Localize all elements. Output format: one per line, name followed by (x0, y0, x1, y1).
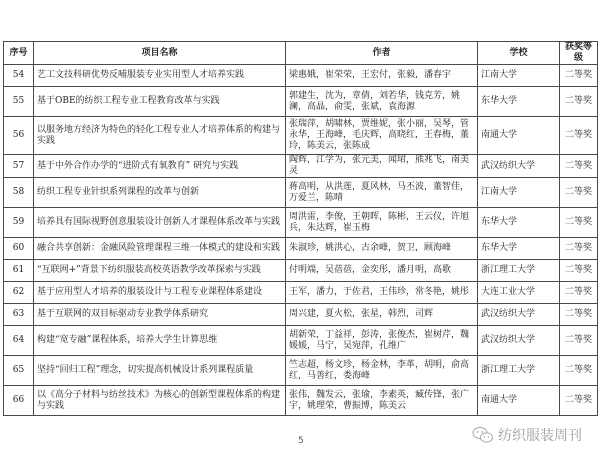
row-authors: 朱淑珍，姚洪心，古余峰，贺卫，顾海峰 (286, 238, 478, 260)
table-row: 55 基于OBE的纺织工程专业工程教育改革与实践 郭建生，沈为，章倩，刘若华，钱… (4, 87, 598, 117)
row-title: 以服务地方经济为特色的轻化工程专业人才培养体系的构建与实践 (34, 117, 286, 155)
row-title: 融合共享创新：金融风险管理课程三维一体模式的建设和实践 (34, 238, 286, 260)
row-award: 二等奖 (560, 386, 598, 416)
table-row: 63 基于互联网的双目标驱动专业教学体系研究 周兴建，夏火松，张星，韩烈，司辉 … (4, 304, 598, 326)
table-row: 62 基于应用型人才培养的服装设计与工程专业课程体系建设 王军，潘力，于佐君，王… (4, 282, 598, 304)
row-title: 纺织工程专业针织系列课程的改革与创新 (34, 178, 286, 208)
row-title: “互联网+”背景下纺织服装高校英语教学改革探索与实践 (34, 260, 286, 282)
header-authors: 作者 (286, 42, 478, 65)
row-school: 浙江理工大学 (478, 260, 560, 282)
row-num: 54 (4, 65, 34, 87)
row-title: 坚持“回归工程”理念，切实提高机械设计系列课程质量 (34, 356, 286, 386)
header-award: 获奖等级 (560, 42, 598, 65)
row-num: 55 (4, 87, 34, 117)
row-num: 59 (4, 208, 34, 238)
row-school: 东华大学 (478, 208, 560, 238)
row-award: 二等奖 (560, 65, 598, 87)
table-row: 66 以《高分子材料与纺丝技术》为核心的创新型课程体系的构建与实践 张伟，魏发云… (4, 386, 598, 416)
row-school: 东华大学 (478, 87, 560, 117)
table-header-row: 序号 项目名称 作者 学校 获奖等级 (4, 42, 598, 65)
row-num: 60 (4, 238, 34, 260)
table-row: 54 艺工文技科研优势反哺服装专业实用型人才培养实践 梁惠娥，崔荣荣，王宏付，张… (4, 65, 598, 87)
row-num: 63 (4, 304, 34, 326)
row-school: 武汉纺织大学 (478, 155, 560, 178)
row-authors: 梁惠娥，崔荣荣，王宏付，张毅，潘春宇 (286, 65, 478, 87)
row-award: 二等奖 (560, 282, 598, 304)
row-school: 大连工业大学 (478, 282, 560, 304)
table-row: 56 以服务地方经济为特色的轻化工程专业人才培养体系的构建与实践 张瑞萍，胡啸林… (4, 117, 598, 155)
row-num: 58 (4, 178, 34, 208)
page-number: 5 (298, 436, 304, 446)
row-authors: 王军，潘力，于佐君，王伟珍，常冬艳，姚彤 (286, 282, 478, 304)
row-authors: 陶辉，江学为，张元美，闻珺，熊兆飞，南美灵 (286, 155, 478, 178)
row-award: 二等奖 (560, 117, 598, 155)
table-row: 64 构建“宽专融”课程体系，培养大学生计算思维 胡新荣，丁益祥，彭涛，张俊杰，… (4, 326, 598, 356)
row-title: 基于中外合作办学的“进阶式有氧教育” 研究与实践 (34, 155, 286, 178)
row-num: 62 (4, 282, 34, 304)
row-num: 61 (4, 260, 34, 282)
row-num: 65 (4, 356, 34, 386)
row-title: 以《高分子材料与纺丝技术》为核心的创新型课程体系的构建与实践 (34, 386, 286, 416)
row-school: 江南大学 (478, 65, 560, 87)
row-award: 二等奖 (560, 326, 598, 356)
row-award: 二等奖 (560, 356, 598, 386)
header-school: 学校 (478, 42, 560, 65)
watermark: 纺织服装周刊 (472, 425, 582, 445)
row-title: 艺工文技科研优势反哺服装专业实用型人才培养实践 (34, 65, 286, 87)
row-authors: 张瑞萍，胡啸林，贾维妮，张小丽，吴琴，管永华，王海峰，毛庆辉，高晓红，王春梅，董… (286, 117, 478, 155)
row-school: 江南大学 (478, 178, 560, 208)
row-authors: 周兴建，夏火松，张星，韩烈，司辉 (286, 304, 478, 326)
row-award: 二等奖 (560, 208, 598, 238)
row-award: 二等奖 (560, 260, 598, 282)
row-title: 基于OBE的纺织工程专业工程教育改革与实践 (34, 87, 286, 117)
awards-table: 序号 项目名称 作者 学校 获奖等级 54 艺工文技科研优势反哺服装专业实用型人… (3, 41, 598, 416)
row-num: 66 (4, 386, 34, 416)
row-authors: 付明端，吴蓓蓓，金奕彤，潘月明，高歌 (286, 260, 478, 282)
row-title: 基于互联网的双目标驱动专业教学体系研究 (34, 304, 286, 326)
row-num: 56 (4, 117, 34, 155)
row-authors: 张伟，魏发云，张瑜，李素英，臧传锋，张广宇，姚理荣，曹振博，陈美云 (286, 386, 478, 416)
row-award: 二等奖 (560, 304, 598, 326)
row-authors: 郭建生，沈为，章倩，刘若华，钱克芳，姚澜，高晶，俞雯，张斌，袁海源 (286, 87, 478, 117)
table-row: 65 坚持“回归工程”理念，切实提高机械设计系列课程质量 竺志超，杨文珍，杨金林… (4, 356, 598, 386)
row-award: 二等奖 (560, 155, 598, 178)
table-row: 61 “互联网+”背景下纺织服装高校英语教学改革探索与实践 付明端，吴蓓蓓，金奕… (4, 260, 598, 282)
row-award: 二等奖 (560, 87, 598, 117)
row-authors: 胡新荣，丁益祥，彭涛，张俊杰，崔树芹，魏媛媛，马宁，吴宛萍，孔维广 (286, 326, 478, 356)
watermark-text: 纺织服装周刊 (498, 425, 582, 445)
row-authors: 周洪雷，李俊，王朝晖，陈彬，王云仪，许旭兵，朱达辉，崔玉梅 (286, 208, 478, 238)
row-authors: 竺志超，杨文珍，杨金林，李革，胡明，俞高红，马善红，娄海峰 (286, 356, 478, 386)
row-school: 南通大学 (478, 386, 560, 416)
row-title: 培养具有国际视野创意服装设计创新人才课程体系改革与实践 (34, 208, 286, 238)
row-award: 二等奖 (560, 178, 598, 208)
table-row: 60 融合共享创新：金融风险管理课程三维一体模式的建设和实践 朱淑珍，姚洪心，古… (4, 238, 598, 260)
row-school: 武汉纺织大学 (478, 304, 560, 326)
table-row: 59 培养具有国际视野创意服装设计创新人才课程体系改革与实践 周洪雷，李俊，王朝… (4, 208, 598, 238)
row-num: 64 (4, 326, 34, 356)
table-row: 57 基于中外合作办学的“进阶式有氧教育” 研究与实践 陶辉，江学为，张元美，闻… (4, 155, 598, 178)
row-num: 57 (4, 155, 34, 178)
row-award: 二等奖 (560, 238, 598, 260)
row-school: 东华大学 (478, 238, 560, 260)
wechat-icon (472, 426, 494, 444)
row-title: 基于应用型人才培养的服装设计与工程专业课程体系建设 (34, 282, 286, 304)
row-school: 南通大学 (478, 117, 560, 155)
header-title: 项目名称 (34, 42, 286, 65)
row-title: 构建“宽专融”课程体系，培养大学生计算思维 (34, 326, 286, 356)
header-num: 序号 (4, 42, 34, 65)
row-school: 武汉纺织大学 (478, 326, 560, 356)
table-row: 58 纺织工程专业针织系列课程的改革与创新 蒋高明，从洪莲，夏风林，马丕波，董智… (4, 178, 598, 208)
row-school: 浙江理工大学 (478, 356, 560, 386)
row-authors: 蒋高明，从洪莲，夏风林，马丕波，董智佳，万爱兰，陈晴 (286, 178, 478, 208)
